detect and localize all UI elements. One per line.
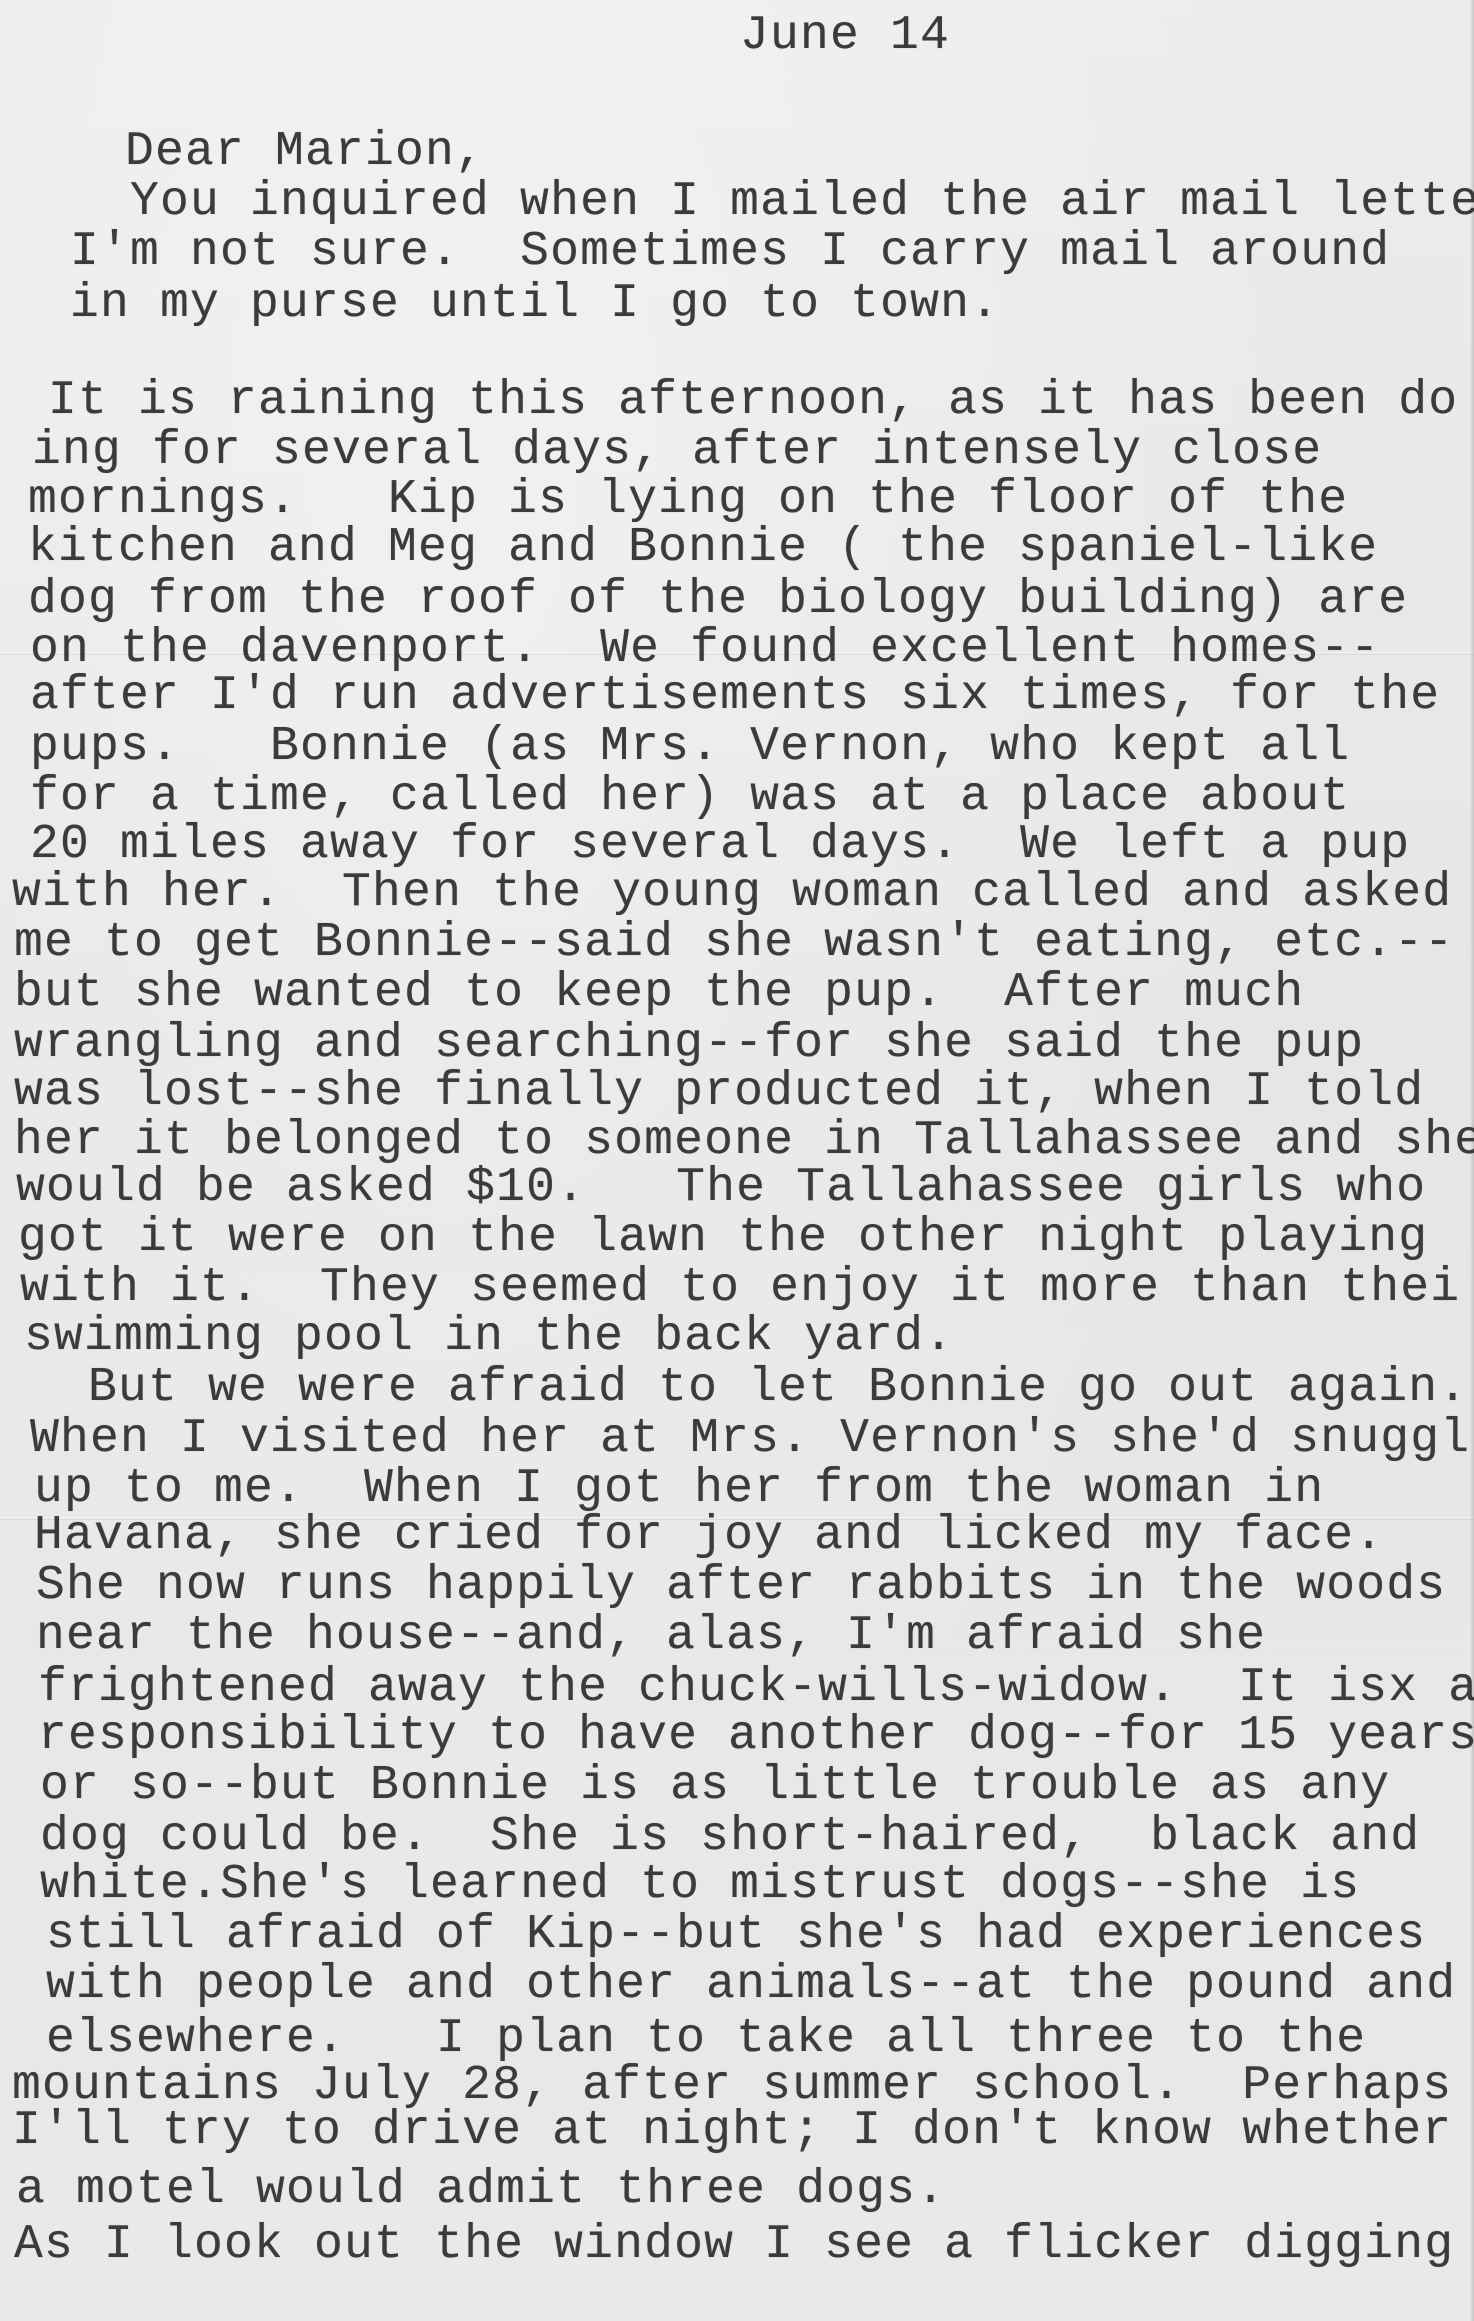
letter-line: with it. They seemed to enjoy it more th… xyxy=(20,1264,1460,1312)
letter-line: I'm not sure. Sometimes I carry mail aro… xyxy=(70,228,1390,276)
letter-line: You inquired when I mailed the air mail … xyxy=(130,178,1474,226)
letter-line: on the davenport. We found excellent hom… xyxy=(30,625,1380,673)
letter-line: But we were afraid to let Bonnie go out … xyxy=(88,1364,1468,1412)
letter-line: for a time, called her) was at a place a… xyxy=(30,773,1350,821)
letter-line: got it were on the lawn the other night … xyxy=(18,1214,1428,1262)
letter-line: swimming pool in the back yard. xyxy=(24,1313,954,1361)
letter-salutation: Dear Marion, xyxy=(125,128,485,176)
letter-line: mornings. Kip is lying on the floor of t… xyxy=(28,476,1348,524)
letter-line: still afraid of Kip--but she's had exper… xyxy=(46,1911,1426,1959)
letter-line: kitchen and Meg and Bonnie ( the spaniel… xyxy=(28,524,1378,572)
letter-line: mountains July 28, after summer school. … xyxy=(12,2062,1452,2110)
letter-date: June 14 xyxy=(740,12,950,60)
letter-line: I'll try to drive at night; I don't know… xyxy=(12,2107,1452,2155)
letter-line: but she wanted to keep the pup. After mu… xyxy=(14,969,1304,1017)
letter-line: was lost--she finally producted it, when… xyxy=(14,1068,1424,1116)
letter-line: after I'd run advertisements six times, … xyxy=(30,672,1440,720)
letter-line: Havana, she cried for joy and licked my … xyxy=(34,1512,1384,1560)
letter-line: ing for several days, after intensely cl… xyxy=(32,427,1322,475)
letter-line: frightened away the chuck-wills-widow. I… xyxy=(38,1664,1474,1712)
letter-line: She now runs happily after rabbits in th… xyxy=(36,1562,1446,1610)
letter-line: elsewhere. I plan to take all three to t… xyxy=(46,2015,1366,2063)
letter-line: white.She's learned to mistrust dogs--sh… xyxy=(40,1861,1360,1909)
letter-line: dog could be. She is short-haired, black… xyxy=(40,1813,1420,1861)
letter-line: in my purse until I go to town. xyxy=(70,280,1000,328)
letter-line: near the house--and, alas, I'm afraid sh… xyxy=(36,1612,1266,1660)
letter-line: dog from the roof of the biology buildin… xyxy=(28,576,1408,624)
letter-line: When I visited her at Mrs. Vernon's she'… xyxy=(30,1415,1470,1463)
letter-line: or so--but Bonnie is as little trouble a… xyxy=(40,1762,1390,1810)
letter-page: June 14 Dear Marion, You inquired when I… xyxy=(0,0,1474,2321)
letter-line: wrangling and searching--for she said th… xyxy=(14,1020,1364,1068)
letter-line: 20 miles away for several days. We left … xyxy=(30,821,1410,869)
letter-line: with people and other animals--at the po… xyxy=(46,1961,1456,2009)
letter-line: with her. Then the young woman called an… xyxy=(12,869,1452,917)
letter-line: would be asked $10. The Tallahassee girl… xyxy=(16,1164,1426,1212)
letter-line: up to me. When I got her from the woman … xyxy=(34,1465,1324,1513)
letter-line: As I look out the window I see a flicker… xyxy=(14,2221,1454,2269)
letter-line: a motel would admit three dogs. xyxy=(16,2166,946,2214)
letter-line: pups. Bonnie (as Mrs. Vernon, who kept a… xyxy=(30,723,1350,771)
letter-line: me to get Bonnie--said she wasn't eating… xyxy=(14,919,1454,967)
letter-line: her it belonged to someone in Tallahasse… xyxy=(14,1117,1474,1165)
letter-line: responsibility to have another dog--for … xyxy=(38,1712,1474,1760)
letter-line: It is raining this afternoon, as it has … xyxy=(48,377,1458,425)
